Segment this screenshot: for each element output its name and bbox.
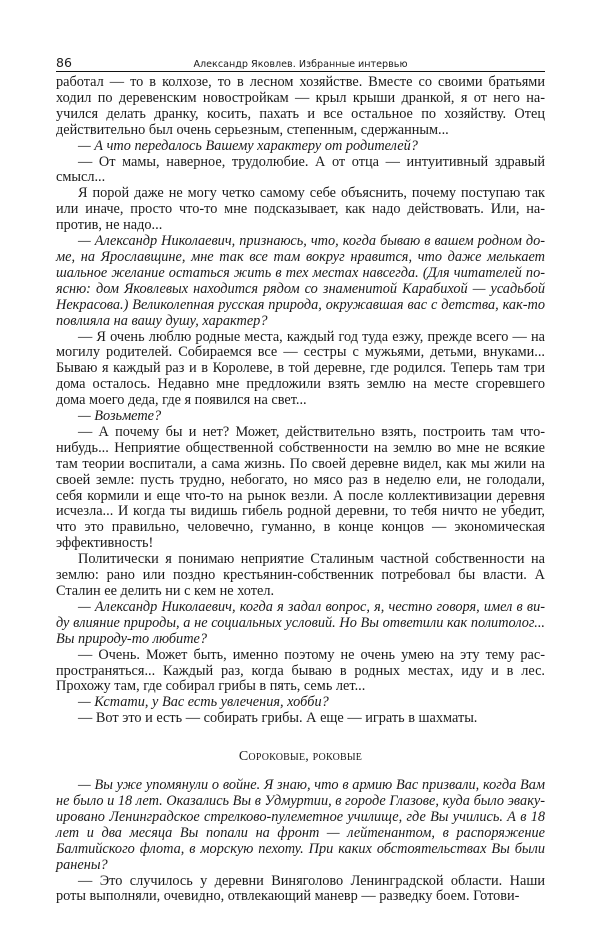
answer-paragraph: — Очень. Может быть, именно поэтому не о… — [56, 648, 545, 696]
running-title: Александр Яковлев. Избранные интервью — [96, 59, 545, 70]
interviewer-question: — Кстати, у Вас есть увлечения, хобби? — [56, 695, 545, 711]
answer-paragraph: Политически я понимаю неприятие Сталиным… — [56, 552, 545, 600]
answer-paragraph: — Вот это и есть — собирать грибы. А еще… — [56, 711, 545, 727]
answer-paragraph: — А почему бы и нет? Может, действительн… — [56, 425, 545, 552]
interviewer-question: — Вы уже упомянули о войне. Я знаю, что … — [56, 778, 545, 873]
page-body: работал — то в колхозе, то в лесном хозя… — [56, 75, 545, 905]
page-number: 86 — [56, 55, 96, 70]
answer-paragraph: — Это случилось у деревни Виняголово Лен… — [56, 874, 545, 906]
paragraph: работал — то в колхозе, то в лесном хозя… — [56, 75, 545, 139]
book-page: 86 Александр Яковлев. Избранные интервью… — [56, 52, 545, 905]
interviewer-question: — Александр Николаевич, когда я задал во… — [56, 600, 545, 648]
interviewer-question: — А что передалось Вашему характеру от р… — [56, 139, 545, 155]
interviewer-question: — Возьмете? — [56, 409, 545, 425]
interviewer-question: — Александр Николаевич, признаюсь, что, … — [56, 234, 545, 329]
answer-paragraph: — Я очень люблю родные места, каждый год… — [56, 330, 545, 410]
running-header: 86 Александр Яковлев. Избранные интервью — [56, 52, 545, 72]
answer-paragraph: — От мамы, наверное, трудолюбие. А от от… — [56, 155, 545, 187]
section-heading: Сороковые, роковые — [56, 749, 545, 765]
answer-paragraph: Я порой даже не могу четко самому себе о… — [56, 186, 545, 234]
